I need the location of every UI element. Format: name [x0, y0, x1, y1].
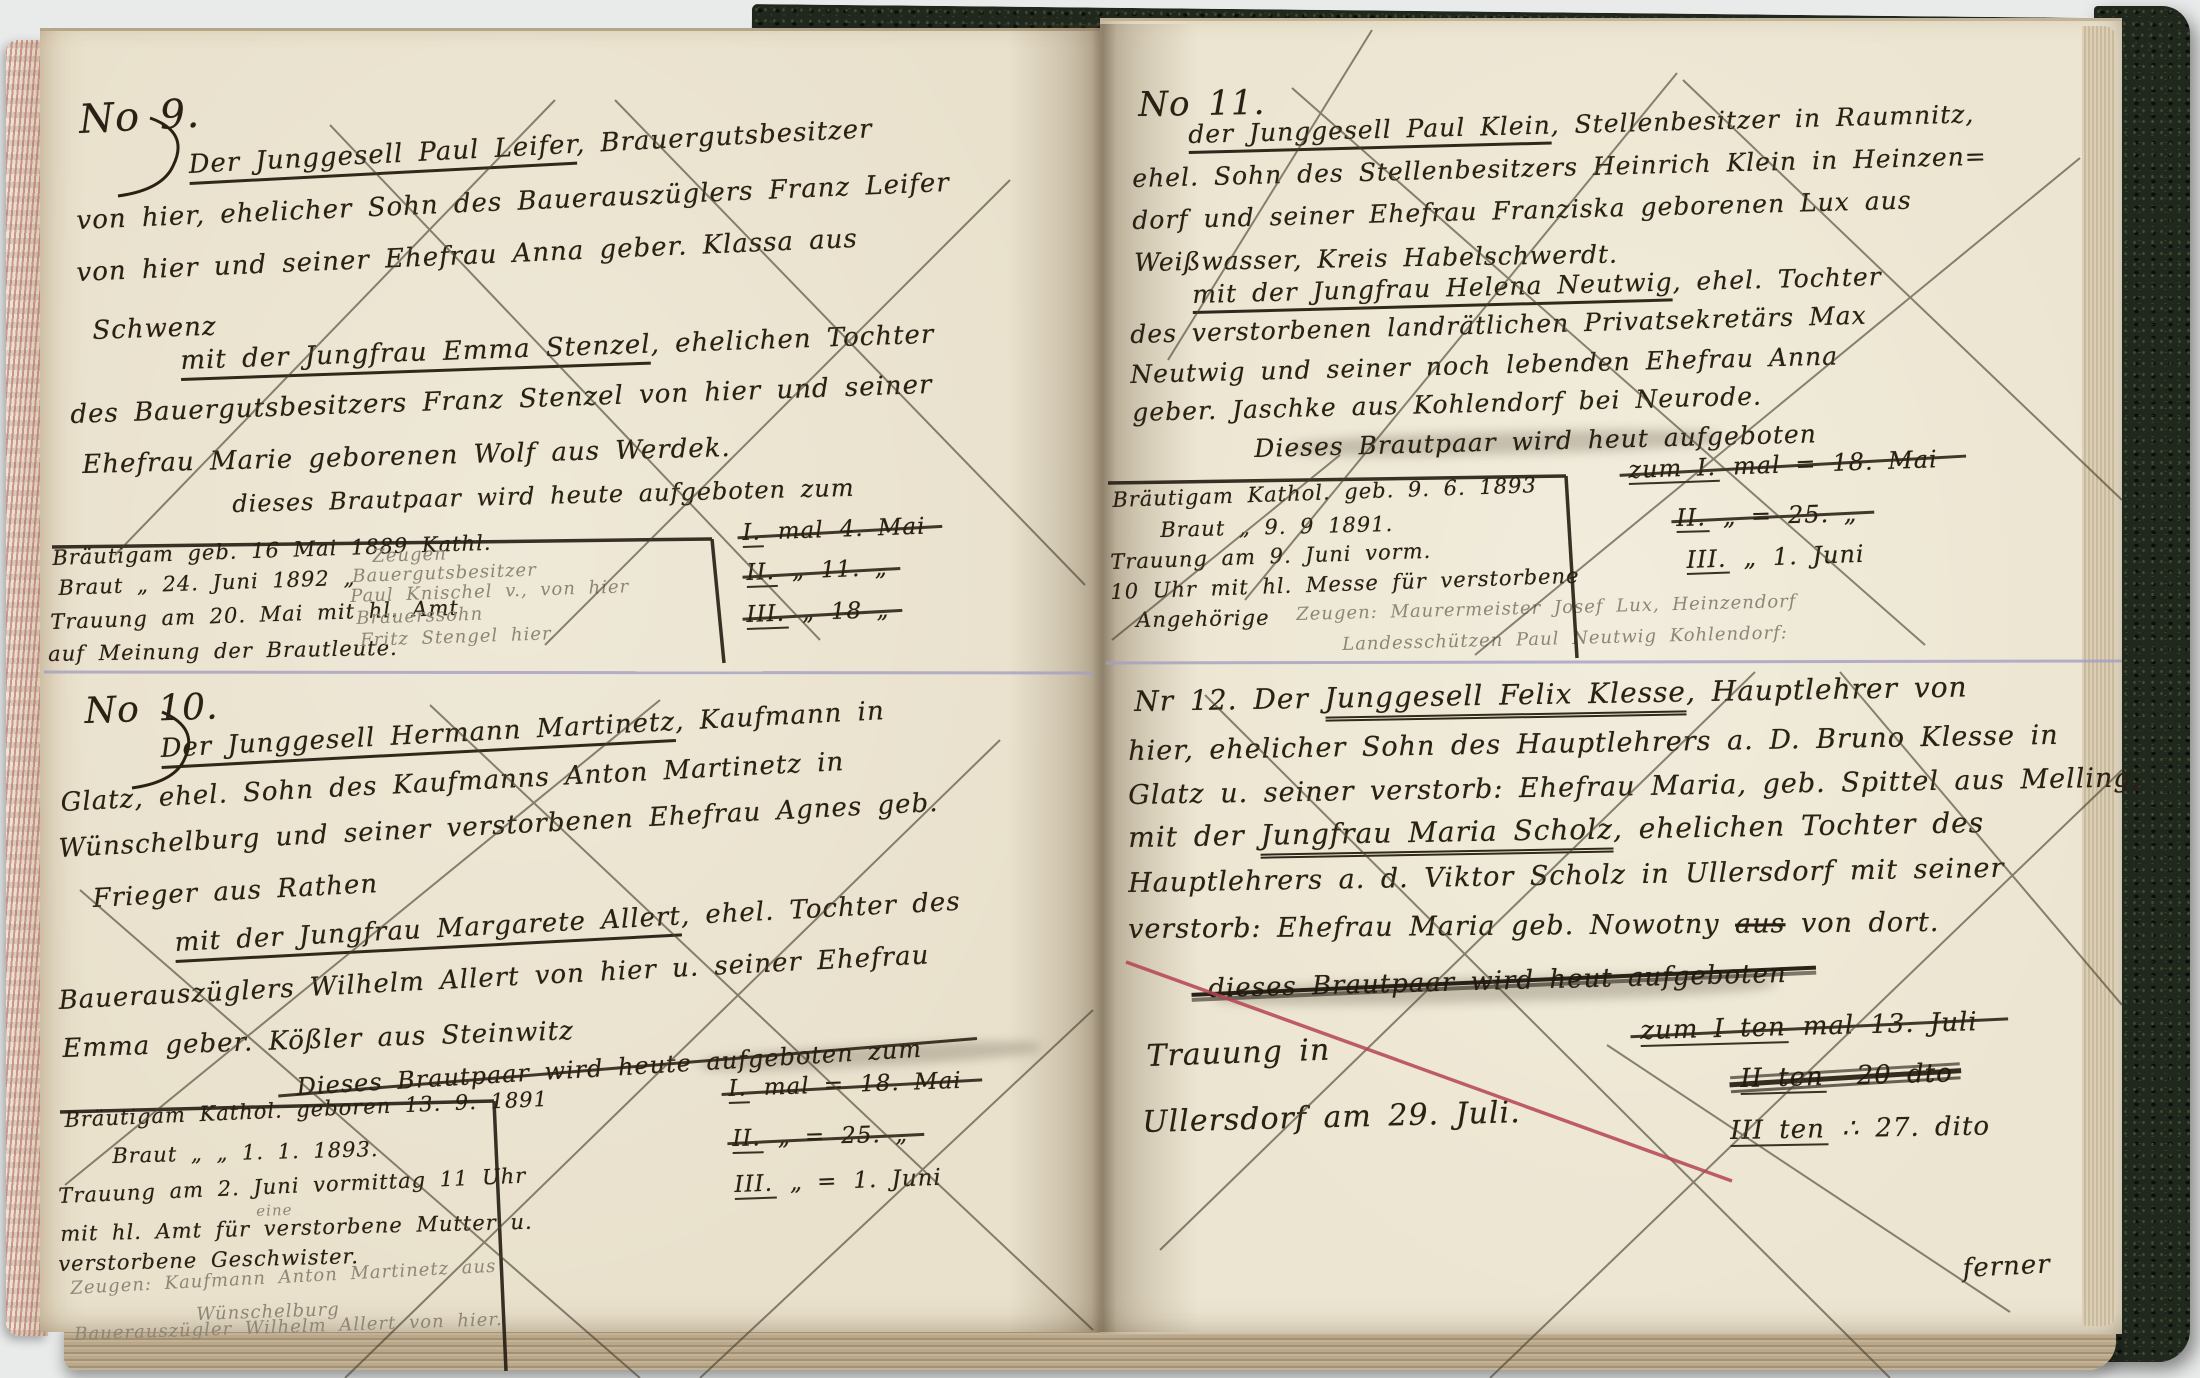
- banns-numeral: III.: [746, 603, 788, 630]
- entry12-struck-word: aus: [1735, 908, 1786, 939]
- banns-numeral: II.: [746, 561, 778, 588]
- banns-mid: „: [802, 602, 816, 625]
- entry12-line6-rest: von dort.: [1785, 907, 1939, 939]
- entry12-banns-row3: III ten∴27. dito: [1730, 1113, 1990, 1147]
- banns-mid: „ =: [777, 1126, 825, 1150]
- entry11-line5-rest: , ehel. Tochter: [1672, 262, 1882, 296]
- entry12-groom-name: Junggesell Felix Klesse: [1324, 675, 1686, 721]
- banns-mid: mal =: [763, 1074, 844, 1100]
- banns-numeral: III ten: [1730, 1116, 1828, 1147]
- entry9-banns-row2: II.„11. „: [746, 557, 888, 588]
- entry9-banns-row3: III.„18 „: [746, 599, 890, 630]
- entry12-line1-lead: Nr 12. Der: [1134, 682, 1325, 718]
- entry9-heading: No 9.: [78, 94, 201, 140]
- entry9-line4: Schwenz: [92, 314, 217, 344]
- banns-numeral: II.: [1676, 505, 1709, 533]
- banns-numeral: II.: [732, 1127, 764, 1154]
- banns-date: 18. Mai: [860, 1068, 962, 1098]
- entry12-banns-row2-scribbled: II ten20 dto: [1740, 1060, 1953, 1095]
- banns-date: 20 dto: [1856, 1058, 1953, 1091]
- banns-mid: „: [791, 560, 805, 583]
- entry11-heading: No 11.: [1138, 86, 1266, 122]
- banns-date: 27. dito: [1875, 1111, 1990, 1143]
- banns-numeral: II ten: [1740, 1064, 1827, 1095]
- banns-date: 4. Mai: [839, 514, 926, 543]
- entry11-banns-row2: II.„ =25. „: [1676, 501, 1858, 533]
- banns-date: 25. „: [841, 1121, 908, 1149]
- entry12-line6-lead: verstorb: Ehefrau Maria geb. Nowotny: [1128, 909, 1735, 945]
- banns-mid: ∴: [1842, 1116, 1860, 1142]
- banns-date: 18. Mai: [1832, 445, 1938, 477]
- entry10-heading: No 10.: [84, 689, 219, 730]
- banns-numeral: I.: [742, 521, 764, 548]
- entry12-bride-name: Jungfrau Maria Scholz: [1260, 813, 1613, 859]
- banns-date: 1. Juni: [853, 1165, 942, 1194]
- banns-date: 18 „: [830, 597, 889, 625]
- entry12-wedding-line1: Trauung in: [1146, 1036, 1331, 1072]
- banns-numeral: zum I ten: [1640, 1014, 1789, 1047]
- banns-numeral: III.: [734, 1173, 776, 1200]
- banns-mid: „: [1743, 546, 1757, 570]
- banns-numeral: I.: [728, 1077, 750, 1104]
- banns-mid: mal: [1802, 1012, 1854, 1039]
- page-stack-right-edge: [2082, 26, 2116, 1326]
- banns-numeral: III.: [1686, 546, 1730, 574]
- banns-date: 11. „: [820, 555, 888, 583]
- entry11-wedding-note3: Angehörige: [1136, 608, 1270, 631]
- banns-mid: „ =: [790, 1170, 838, 1195]
- entry9-pencil-witness2a: Brauerssohn: [356, 606, 483, 628]
- banns-date: 13. Juli: [1870, 1007, 1978, 1040]
- entry12-line1-rest: , Hauptlehrer von: [1686, 670, 1968, 708]
- banns-mid: mal =: [1733, 451, 1817, 478]
- banns-mid: „ =: [1723, 503, 1773, 528]
- entry12-line4-rest: , ehelichen Tochter des: [1613, 806, 1985, 845]
- entry12-line4-lead: mit der: [1128, 819, 1261, 854]
- banns-mid: mal: [777, 519, 824, 544]
- banns-numeral: zum I.: [1628, 455, 1719, 485]
- entry10-banns-row2: II.„ =25. „: [732, 1123, 908, 1154]
- page-footer-catchword: ferner: [1962, 1251, 2051, 1282]
- banns-date: 1. Juni: [1772, 540, 1865, 571]
- entry12-line6: verstorb: Ehefrau Maria geb. Nowotny aus…: [1128, 909, 1940, 943]
- banns-date: 25. „: [1788, 499, 1858, 529]
